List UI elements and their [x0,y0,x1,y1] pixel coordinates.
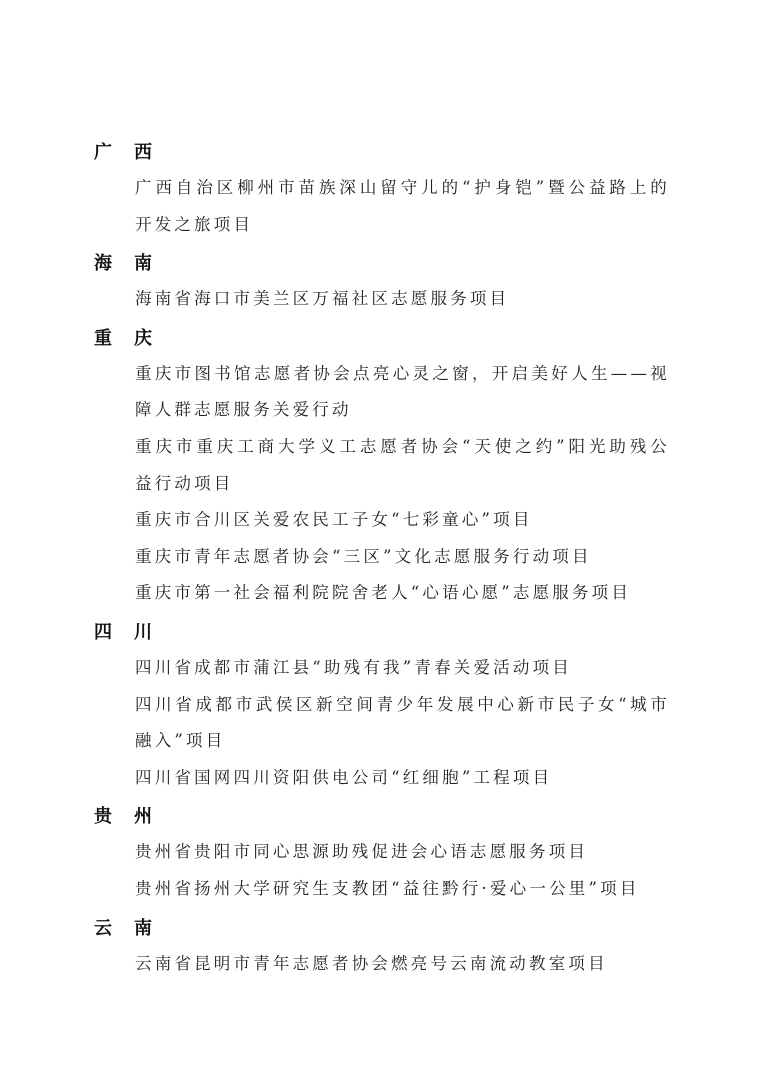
project-list: 广 西 广西自治区柳州市苗族深山留守儿的“护身铠”暨公益路上的开发之旅项目 海 … [94,132,694,982]
project-item: 海南省海口市美兰区万福社区志愿服务项目 [135,281,670,318]
region-heading-char: 南 [134,914,152,940]
project-items: 广西自治区柳州市苗族深山留守儿的“护身铠”暨公益路上的开发之旅项目 [94,170,694,243]
section-guangxi: 广 西 广西自治区柳州市苗族深山留守儿的“护身铠”暨公益路上的开发之旅项目 [94,132,694,243]
section-yunnan: 云 南 云南省昆明市青年志愿者协会燃亮号云南流动教室项目 [94,908,694,983]
project-item: 四川省国网四川资阳供电公司“红细胞”工程项目 [135,760,670,797]
project-items: 重庆市图书馆志愿者协会点亮心灵之窗，开启美好人生——视障人群志愿服务关爱行动 重… [94,356,694,612]
region-heading: 云 南 [94,908,694,946]
region-heading-char: 云 [94,914,134,940]
project-item: 云南省昆明市青年志愿者协会燃亮号云南流动教室项目 [135,946,670,983]
region-heading: 四 川 [94,612,694,650]
project-item: 四川省成都市蒲江县“助残有我”青春关爱活动项目 [135,650,670,687]
project-item: 重庆市第一社会福利院院舍老人“心语心愿”志愿服务项目 [135,575,670,612]
section-hainan: 海 南 海南省海口市美兰区万福社区志愿服务项目 [94,243,694,318]
project-item: 四川省成都市武侯区新空间青少年发展中心新市民子女“城市融入”项目 [135,687,670,760]
section-chongqing: 重 庆 重庆市图书馆志愿者协会点亮心灵之窗，开启美好人生——视障人群志愿服务关爱… [94,318,694,612]
project-items: 海南省海口市美兰区万福社区志愿服务项目 [94,281,694,318]
region-heading-char: 海 [94,249,134,275]
region-heading: 重 庆 [94,318,694,356]
region-heading: 广 西 [94,132,694,170]
region-heading-char: 重 [94,324,134,350]
project-items: 贵州省贵阳市同心思源助残促进会心语志愿服务项目 贵州省扬州大学研究生支教团“益往… [94,834,694,907]
region-heading-char: 西 [134,138,152,164]
project-item: 重庆市图书馆志愿者协会点亮心灵之窗，开启美好人生——视障人群志愿服务关爱行动 [135,356,670,429]
region-heading: 海 南 [94,243,694,281]
section-guizhou: 贵 州 贵州省贵阳市同心思源助残促进会心语志愿服务项目 贵州省扬州大学研究生支教… [94,796,694,907]
region-heading-char: 庆 [134,324,152,350]
region-heading-char: 州 [134,802,152,828]
project-items: 四川省成都市蒲江县“助残有我”青春关爱活动项目 四川省成都市武侯区新空间青少年发… [94,650,694,796]
document-page: 广 西 广西自治区柳州市苗族深山留守儿的“护身铠”暨公益路上的开发之旅项目 海 … [0,0,763,1091]
project-item: 广西自治区柳州市苗族深山留守儿的“护身铠”暨公益路上的开发之旅项目 [135,170,670,243]
region-heading: 贵 州 [94,796,694,834]
region-heading-char: 南 [134,249,152,275]
region-heading-char: 广 [94,138,134,164]
project-item: 重庆市重庆工商大学义工志愿者协会“天使之约”阳光助残公益行动项目 [135,429,670,502]
project-items: 云南省昆明市青年志愿者协会燃亮号云南流动教室项目 [94,946,694,983]
project-item: 贵州省贵阳市同心思源助残促进会心语志愿服务项目 [135,834,670,871]
region-heading-char: 贵 [94,802,134,828]
project-item: 重庆市合川区关爱农民工子女“七彩童心”项目 [135,502,670,539]
project-item: 重庆市青年志愿者协会“三区”文化志愿服务行动项目 [135,539,670,576]
section-sichuan: 四 川 四川省成都市蒲江县“助残有我”青春关爱活动项目 四川省成都市武侯区新空间… [94,612,694,796]
region-heading-char: 川 [134,618,152,644]
region-heading-char: 四 [94,618,134,644]
project-item: 贵州省扬州大学研究生支教团“益往黔行·爱心一公里”项目 [135,871,670,908]
